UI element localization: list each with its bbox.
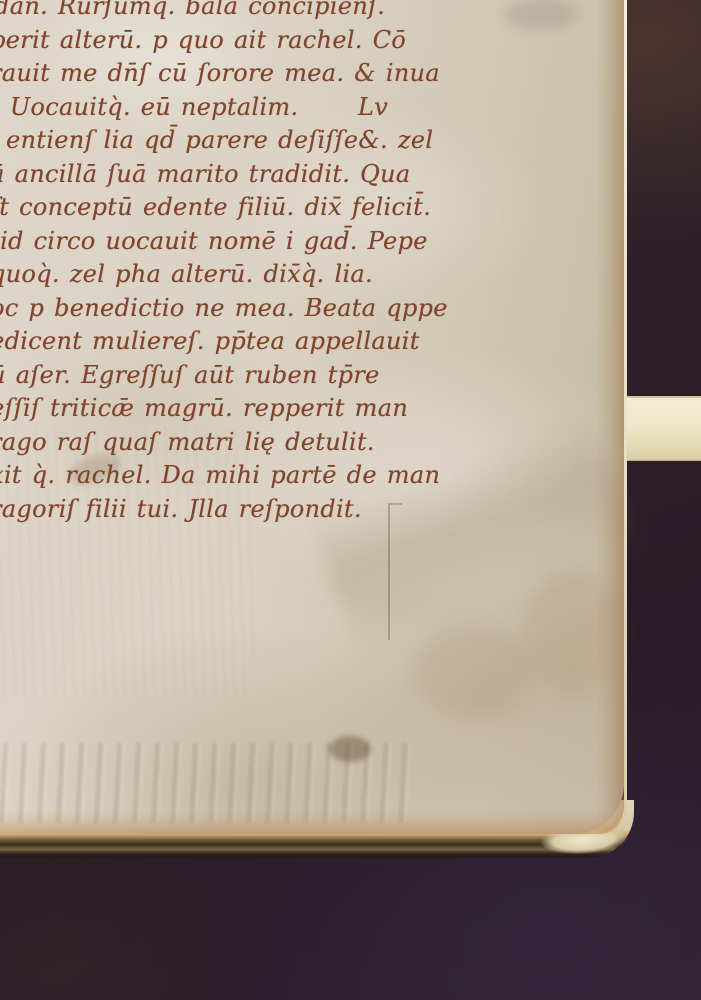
manuscript-line-1: dan. Rurſumq̀. bala concipienſ. xyxy=(0,0,460,24)
manuscript-line-3: rauit me dn̄ſ cū ſorore mea. & inua xyxy=(0,57,460,91)
manuscript-line-10: oc p benedictio ne mea. Beata qppe xyxy=(0,292,460,326)
manuscript-line-7: ſt conceptū edente filiū. dix̄ felicit̄. xyxy=(0,191,460,225)
parchment-page: dan. Rurſumq̀. bala concipienſ. perit al… xyxy=(0,0,624,834)
stain-spot xyxy=(414,628,534,718)
page-edge-highlight xyxy=(624,0,627,824)
manuscript-line-5: entienſ lia qd̄ parere deſiſſe&. zel xyxy=(0,124,460,158)
manuscript-line-13: eſſiſ triticǣ magrū. repperit man xyxy=(0,392,460,426)
stain-spot xyxy=(504,0,578,30)
manuscript-line-15: xit q̀. rachel. Da mihi partē de man xyxy=(0,459,460,493)
manuscript-line-11: edicent muliereſ. pp̄tea appellauit xyxy=(0,325,460,359)
stained-fore-edge-band xyxy=(596,0,624,834)
manuscript-line-6: ā ancillā ſuā marito tradidit. Qua xyxy=(0,158,460,192)
manuscript-line-2: perit alterū. p quo ait rachel. Cō xyxy=(0,24,460,58)
manuscript-line-14: rago raſ quaſ matri lię detulit. xyxy=(0,426,460,460)
manuscript-line-12: ū aſer. Egreſſuſ aūt ruben tp̄re xyxy=(0,359,460,393)
manuscript-photograph: dan. Rurſumq̀. bala concipienſ. perit al… xyxy=(0,0,701,1000)
stained-bottom-edge-band xyxy=(0,810,624,834)
stain-spot xyxy=(329,736,371,762)
manuscript-line-9: quoq̀. zel pha alterū. dix̄q̀. lia. xyxy=(0,258,460,292)
manuscript-line-16: ragoriſ filii tui. Jlla reſpondit. xyxy=(0,493,460,527)
manuscript-line-8: tid circo uocauit nomē i gad̄. Pepe xyxy=(0,225,460,259)
manuscript-line-4: . Uocauitq̀. eū neptalim. Lv xyxy=(0,91,460,125)
manuscript-text-block: dan. Rurſumq̀. bala concipienſ. perit al… xyxy=(0,0,460,526)
